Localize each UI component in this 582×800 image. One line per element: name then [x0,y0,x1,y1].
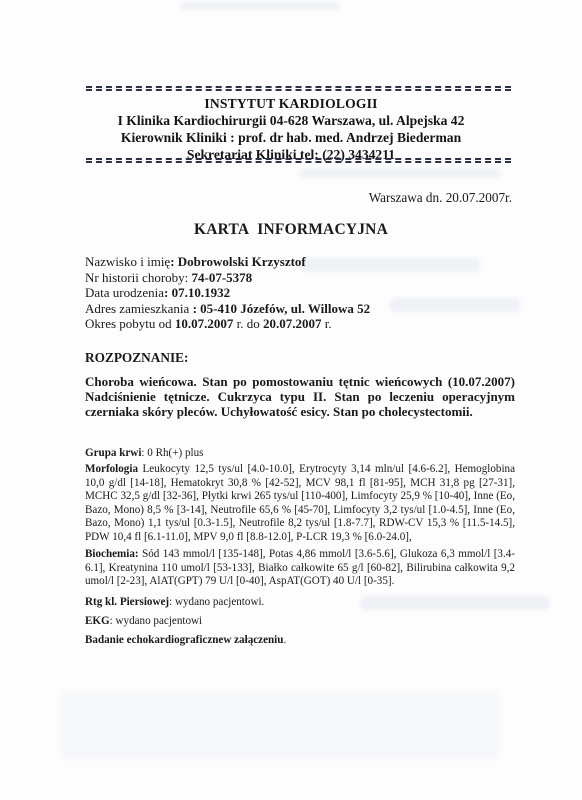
diagnosis-heading: ROZPOZNANIE: [85,350,188,366]
stay-period-to-label: r. do [233,316,263,331]
patient-name-label: Nazwisko i imię [85,254,170,269]
scanned-document-page: INSTYTUT KARDIOLOGII I Klinika Kardiochi… [0,0,582,800]
letterhead: INSTYTUT KARDIOLOGII I Klinika Kardiochi… [0,95,582,163]
stay-to-date: 20.07.2007 [263,316,322,331]
header-bottom-separator [86,158,511,163]
bleed-through-mark [300,168,500,178]
birth-date-value: : 07.10.1932 [164,285,230,300]
diagnosis-text: Choroba wieńcowa. Stan po pomostowaniu t… [85,374,515,419]
birth-date-row: Data urodzenia: 07.10.1932 [85,285,370,301]
blood-group-label: Grupa krwi [85,447,141,459]
morphology-results: Morfologia Leukocyty 12,5 tys/ul [4.0-10… [85,463,515,545]
institute-name: INSTYTUT KARDIOLOGII [0,95,582,112]
blood-group-value: : 0 Rh(+) plus [141,447,203,459]
patient-info: Nazwisko i imię: Dobrowolski Krzysztof N… [85,254,370,332]
stay-period-label: Okres pobytu od [85,316,175,331]
patient-name-row: Nazwisko i imię: Dobrowolski Krzysztof [85,254,370,270]
bleed-through-mark [390,298,520,312]
title-word-1: KARTA [194,221,249,238]
stay-period-end: r. [322,316,332,331]
history-number-row: Nr historii choroby: 74-07-5378 [85,270,370,286]
ekg-label: EKG [85,615,110,627]
ekg-result: EKG: wydano pacjentowi [85,615,515,629]
history-number-value: 74-07-5378 [192,270,253,285]
bleed-through-mark [180,2,340,10]
patient-name-value: : Dobrowolski Krzysztof [170,254,306,269]
xray-label: Rtg kl. Piersiowej [85,596,169,608]
header-top-separator [86,86,511,91]
morphology-label: Morfologia [85,463,138,475]
address-value: : 05-410 Józefów, ul. Willowa 52 [193,301,371,316]
bleed-through-mark [60,690,500,760]
title-word-2: INFORMACYJNA [257,221,388,238]
morphology-values: Leukocyty 12,5 tys/ul [4.0-10.0], Erytro… [85,463,515,543]
echocardiography-note: Badanie echokardiograficznew załączeniu. [85,634,515,648]
clinic-head: Kierownik Kliniki : prof. dr hab. med. A… [0,129,582,146]
address-label: Adres zamieszkania [85,301,193,316]
blood-group: Grupa krwi: 0 Rh(+) plus [85,447,515,461]
biochemistry-values: Sód 143 mmol/l [135-148], Potas 4,86 mmo… [85,548,515,587]
ekg-value: : wydano pacjentowi [110,615,202,627]
history-number-label: Nr historii choroby: [85,270,192,285]
stay-period-row: Okres pobytu od 10.07.2007 r. do 20.07.2… [85,316,370,332]
birth-date-label: Data urodzenia [85,285,164,300]
address-row: Adres zamieszkania : 05-410 Józefów, ul.… [85,301,370,317]
echo-label: Badanie echokardiograficznew załączeniu [85,634,283,646]
document-title: KARTAINFORMACYJNA [0,221,582,239]
biochemistry-results: Biochemia: Sód 143 mmol/l [135-148], Pot… [85,548,515,589]
stay-from-date: 10.07.2007 [175,316,234,331]
xray-result: Rtg kl. Piersiowej: wydano pacjentowi. [85,596,515,610]
clinic-address: I Klinika Kardiochirurgii 04-628 Warszaw… [0,112,582,129]
xray-value: : wydano pacjentowi. [169,596,264,608]
document-date: Warszawa dn. 20.07.2007r. [369,190,512,206]
echo-value: . [283,634,286,646]
biochemistry-label: Biochemia: [85,548,139,560]
